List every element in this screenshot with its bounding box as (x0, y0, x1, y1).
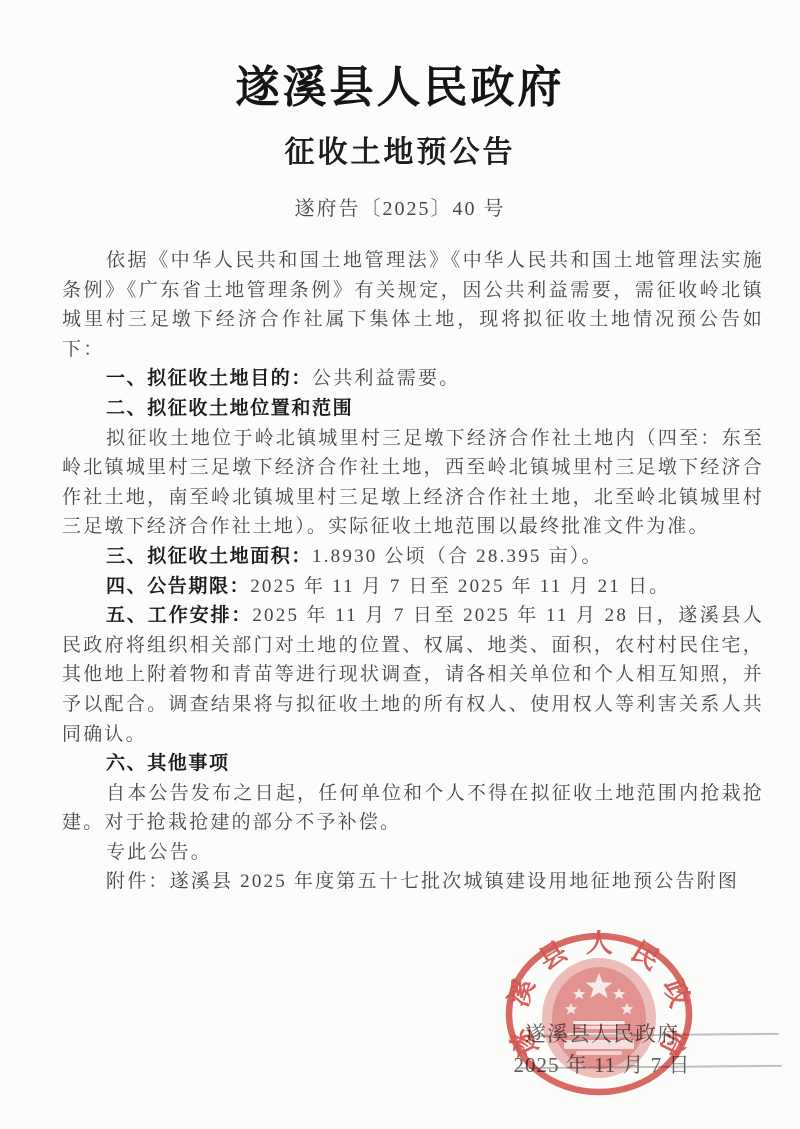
item-1: 一、拟征收土地目的：公共利益需要。 (62, 364, 764, 394)
item-4: 四、公告期限：2025 年 11 月 7 日至 2025 年 11 月 21 日… (62, 572, 764, 602)
item-6-heading: 六、其他事项 (62, 749, 764, 779)
item-5: 五、工作安排：2025 年 11 月 7 日至 2025 年 11 月 28 日… (62, 601, 764, 749)
attachment-line: 附件：遂溪县 2025 年度第五十七批次城镇建设用地征地预公告附图 (62, 867, 764, 897)
item-3-label: 三、拟征收土地面积： (106, 546, 312, 567)
national-emblem (542, 958, 656, 1078)
item-5-label: 五、工作安排： (106, 605, 252, 626)
document-page: 遂溪县人民政府 征收土地预公告 遂府告〔2025〕40 号 依据《中华人民共和国… (0, 0, 800, 1129)
item-3: 三、拟征收土地面积：1.8930 公顷（合 28.395 亩）。 (62, 542, 764, 572)
page-title: 遂溪县人民政府 (0, 62, 800, 114)
official-seal: 遂溪县人民政府 (502, 930, 696, 1098)
doc-number: 遂府告〔2025〕40 号 (0, 196, 800, 222)
item-3-text: 1.8930 公顷（合 28.395 亩）。 (312, 546, 603, 567)
item-2-heading: 二、拟征收土地位置和范围 (62, 394, 764, 424)
item-6-text: 自本公告发布之日起，任何单位和个人不得在拟征收土地范围内抢栽抢建。对于抢栽抢建的… (62, 779, 764, 838)
item-1-text: 公共利益需要。 (312, 368, 460, 389)
doc-subtitle: 征收土地预公告 (0, 135, 800, 171)
item-4-text: 2025 年 11 月 7 日至 2025 年 11 月 21 日。 (250, 576, 670, 597)
closing-line: 专此公告。 (62, 838, 764, 868)
item-2-text: 拟征收土地位于岭北镇城里村三足墩下经济合作社土地内（四至：东至岭北镇城里村三足墩… (62, 424, 764, 542)
intro-paragraph: 依据《中华人民共和国土地管理法》《中华人民共和国土地管理法实施条例》《广东省土地… (62, 246, 764, 364)
doc-body: 依据《中华人民共和国土地管理法》《中华人民共和国土地管理法实施条例》《广东省土地… (62, 246, 764, 897)
item-1-label: 一、拟征收土地目的： (106, 368, 312, 389)
item-4-label: 四、公告期限： (106, 576, 250, 597)
